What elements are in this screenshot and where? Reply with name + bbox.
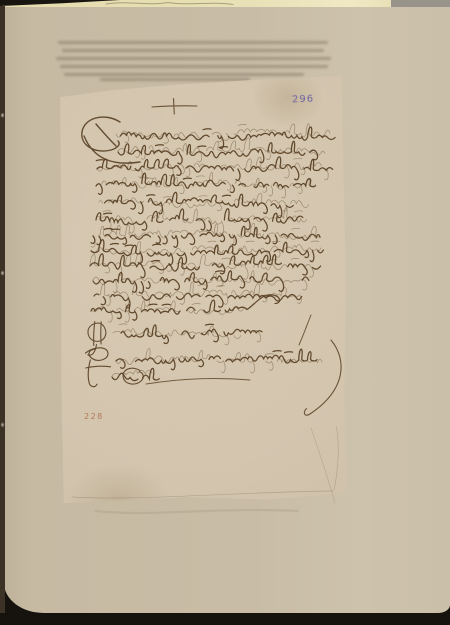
binding-edge — [0, 6, 5, 613]
showthrough-line — [56, 57, 331, 60]
scan-background: 296 228 — [0, 0, 450, 625]
folio-number-stamp: 296 — [292, 94, 314, 106]
showthrough-line — [100, 78, 250, 81]
showthrough-line — [58, 41, 328, 44]
showthrough-line — [62, 49, 324, 52]
showthrough-line — [64, 73, 304, 76]
archival-number: 228 — [84, 412, 104, 421]
showthrough-line — [60, 65, 328, 68]
manuscript-leaf — [59, 76, 348, 504]
